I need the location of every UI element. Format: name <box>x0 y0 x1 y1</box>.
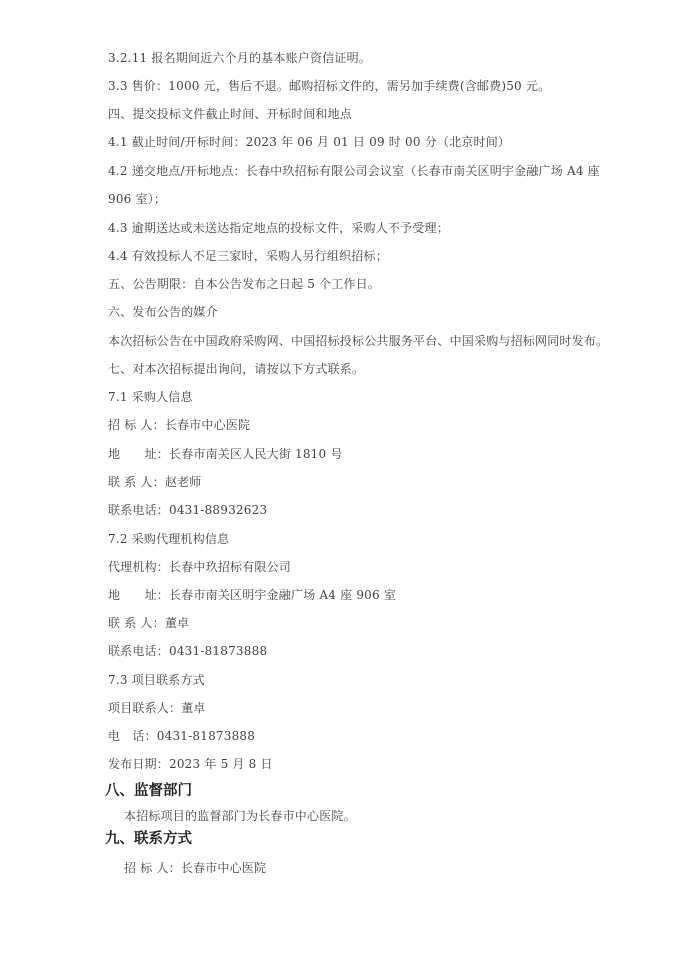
clause-3-2-11: 3.2.11 报名期间近六个月的基本账户资信证明。 <box>108 50 371 66</box>
section-7-title: 七、对本次招标提出询问，请按以下方式联系。 <box>108 361 364 377</box>
clause-4-3-late: 4.3 逾期送达或未送达指定地点的投标文件，采购人不予受理； <box>108 220 449 236</box>
section-8-heading: 八、监督部门 <box>105 782 192 800</box>
agency-phone: 联系电话：0431-81873888 <box>108 643 267 659</box>
purchaser-name: 招 标 人：长春市中心医院 <box>108 417 250 433</box>
section-5-period: 五、公告期限：自本公告发布之日起 5 个工作日。 <box>108 276 380 292</box>
clause-7-3-title: 7.3 项目联系方式 <box>108 672 205 688</box>
clause-4-4-bidders: 4.4 有效投标人不足三家时，采购人另行组织招标； <box>108 248 388 264</box>
section-9-body: 招 标 人：长春市中心医院 <box>124 860 266 876</box>
clause-7-1-title: 7.1 采购人信息 <box>108 389 193 405</box>
clause-4-1-deadline: 4.1 截止时间/开标时间：2023 年 06 月 01 日 09 时 00 分… <box>108 134 510 150</box>
agency-contact: 联 系 人：董卓 <box>108 615 189 631</box>
section-6-title: 六、发布公告的媒介 <box>108 304 218 320</box>
clause-4-2-location-cont: 906 室）； <box>108 191 166 207</box>
agency-address: 地 址：长春市南关区明宇金融广场 A4 座 906 室 <box>108 587 396 603</box>
clause-4-2-location: 4.2 递交地点/开标地点：长春中玖招标有限公司会议室（长春市南关区明宇金融广场… <box>108 163 600 179</box>
section-6-media: 本次招标公告在中国政府采购网、中国招标投标公共服务平台、中国采购与招标网同时发布… <box>108 333 608 349</box>
document-page: 3.2.11 报名期间近六个月的基本账户资信证明。 3.3 售价：1000 元，… <box>0 0 677 957</box>
clause-3-3-price: 3.3 售价：1000 元，售后不退。邮购招标文件的，需另加手续费(含邮费)50… <box>108 78 550 94</box>
clause-7-2-title: 7.2 采购代理机构信息 <box>108 531 229 547</box>
agency-name: 代理机构：长春中玖招标有限公司 <box>108 559 291 575</box>
section-8-body: 本招标项目的监督部门为长春市中心医院。 <box>124 808 356 824</box>
purchaser-contact: 联 系 人：赵老师 <box>108 474 201 490</box>
publish-date: 发布日期：2023 年 5 月 8 日 <box>108 756 273 772</box>
section-4-title: 四、提交投标文件截止时间、开标时间和地点 <box>108 106 352 122</box>
project-contact: 项目联系人：董卓 <box>108 700 206 716</box>
purchaser-phone: 联系电话：0431-88932623 <box>108 502 267 518</box>
project-phone: 电 话：0431-81873888 <box>108 728 255 744</box>
purchaser-address: 地 址：长春市南关区人民大街 1810 号 <box>108 446 343 462</box>
section-9-heading: 九、联系方式 <box>105 830 192 848</box>
